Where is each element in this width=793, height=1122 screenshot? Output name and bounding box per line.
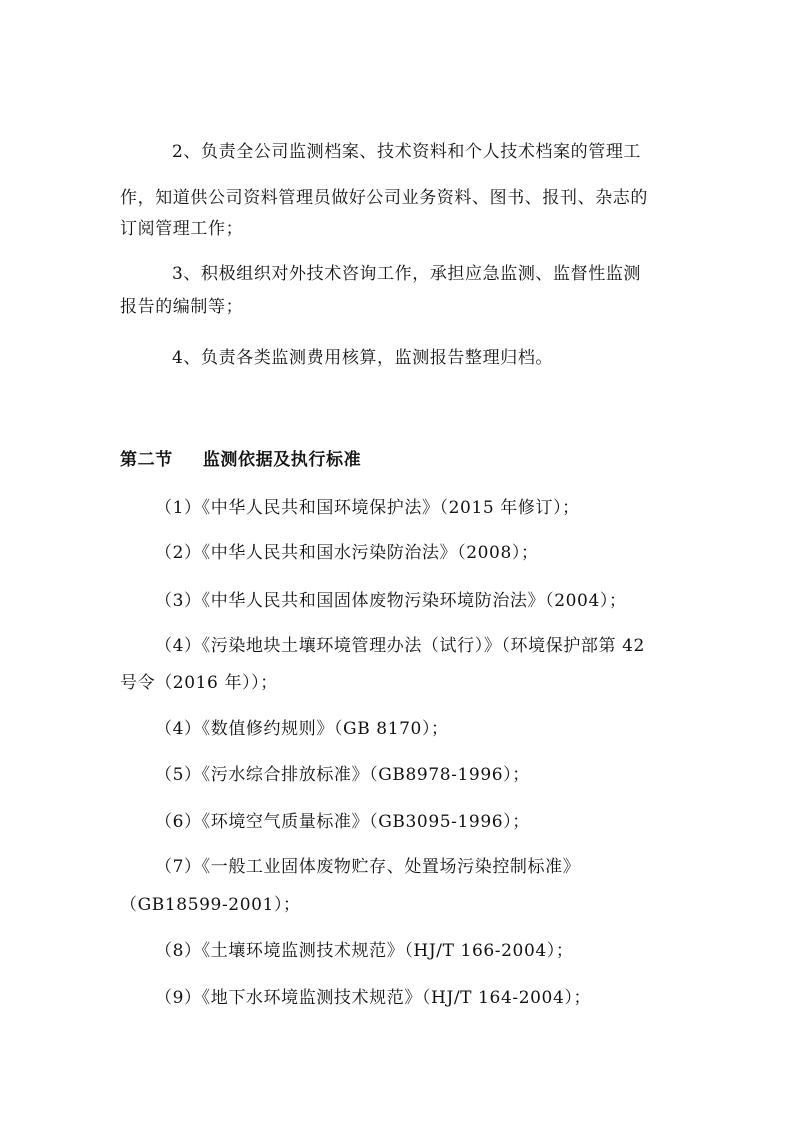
reference-9: （9）《地下水环境监测技术规范》（HJ/T 164-2004）；: [155, 986, 591, 1010]
reference-7-line-2: （GB18599-2001）；: [120, 893, 301, 917]
duty-2-line-2: 作，知道供公司资料管理员做好公司业务资料、图书、报刊、杂志的: [120, 186, 648, 210]
duty-3-line-2: 报告的编制等；: [120, 295, 243, 319]
reference-2: （2）《中华人民共和国水污染防治法》（2008）；: [155, 541, 539, 565]
reference-8: （8）《土壤环境监测技术规范》（HJ/T 166-2004）；: [155, 939, 573, 963]
section-title: 监测依据及执行标准: [203, 450, 361, 470]
reference-1: （1）《中华人民共和国环境保护法》（2015 年修订）；: [155, 496, 580, 520]
reference-6: （6）《环境空气质量标准》（GB3095-1996）；: [155, 810, 530, 834]
reference-4b: （4）《数值修约规则》（GB 8170）；: [155, 717, 449, 741]
duty-2-line-3: 订阅管理工作；: [120, 217, 243, 241]
duty-4-line-1: 4、负责各类监测费用核算，监测报告整理归档。: [172, 346, 553, 370]
reference-5: （5）《污水综合排放标准》（GB8978-1996）；: [155, 763, 530, 787]
reference-7-line-1: （7）《一般工业固体废物贮存、处置场污染控制标准》: [155, 855, 580, 879]
document-page: 2、负责全公司监测档案、技术资料和个人技术档案的管理工 作，知道供公司资料管理员…: [0, 0, 793, 1122]
reference-3: （3）《中华人民共和国固体废物污染环境防治法》（2004）；: [155, 589, 627, 613]
duty-2-line-1: 2、负责全公司监测档案、技术资料和个人技术档案的管理工: [172, 140, 641, 164]
reference-4-line-1: （4）《污染地块土壤环境管理办法（试行）》（环境保护部第 42: [155, 634, 645, 658]
section-number: 第二节: [120, 450, 173, 470]
duty-3-line-1: 3、积极组织对外技术咨询工作，承担应急监测、监督性监测: [172, 262, 641, 286]
reference-4-line-2: 号令（2016 年））；: [120, 671, 278, 695]
section-heading: 第二节监测依据及执行标准: [120, 448, 361, 472]
